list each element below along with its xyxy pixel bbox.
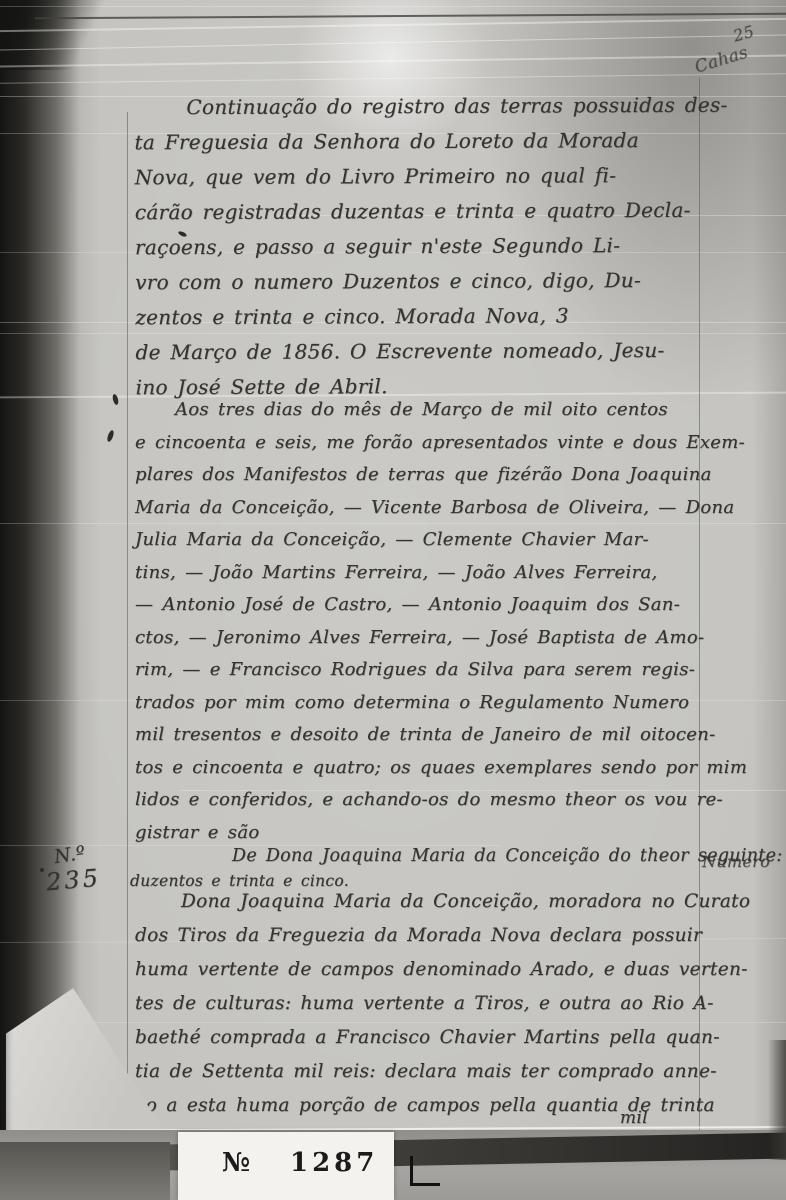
manuscript-line: — Antonio José de Castro, — Antonio Joaq… [135, 594, 747, 627]
entry-heading-continuation: duzentos e trinta e cinco. [130, 872, 349, 890]
manuscript-line: xo a esta huma porção de campos pella qu… [135, 1095, 750, 1129]
manuscript-line: tia de Settenta mil reis: declara mais t… [135, 1061, 750, 1095]
entry-body: Dona Joaquina Maria da Conceição, morado… [135, 891, 750, 1129]
scratch-line [0, 73, 786, 84]
numero-sign: № [222, 1148, 250, 1178]
session-paragraph: Aos tres dias do mês de Março de mil oit… [135, 399, 747, 854]
manuscript-line: huma vertente de campos denominado Arado… [135, 959, 750, 993]
stamp-number: 1287 [290, 1148, 378, 1178]
manuscript-line: de Março de 1856. O Escrevente nomeado, … [135, 338, 728, 376]
manuscript-line: Dona Joaquina Maria da Conceição, morado… [135, 891, 750, 925]
manuscript-line: rim, — e Francisco Rodrigues da Silva pa… [135, 659, 747, 692]
binding-top-shadow [0, 0, 130, 70]
manuscript-line: cárão registradas duzentas e trinta e qu… [135, 198, 728, 236]
bottom-left-shadow [0, 1142, 170, 1200]
entry-heading: De Dona Joaquina Maria da Conceição do t… [232, 846, 783, 866]
page-right-edge-shadow [768, 1040, 786, 1160]
manuscript-line: trados por mim como determina o Regulame… [135, 692, 747, 725]
manuscript-line: Nova, que vem do Livro Primeiro no qual … [135, 163, 728, 201]
manuscript-line: mil tresentos e desoito de trinta de Jan… [135, 724, 747, 757]
scratch-line [0, 6, 786, 7]
corner-annotation: Cahas [692, 42, 750, 77]
manuscript-line: vro com o numero Duzentos e cinco, digo,… [135, 268, 728, 306]
number-stamp-label: № 1287 [178, 1132, 394, 1200]
bottom-catchword: mil [620, 1108, 648, 1128]
manuscript-line: Maria da Conceição, — Vicente Barbosa de… [135, 497, 747, 530]
scanned-manuscript-page: 25 Cahas Continuação do registro das ter… [0, 0, 786, 1200]
manuscript-line: ctos, — Jeronimo Alves Ferreira, — José … [135, 627, 747, 660]
manuscript-line: lidos e conferidos, e achando-os do mesm… [135, 789, 747, 822]
corner-bracket-mark [410, 1156, 440, 1186]
manuscript-line: tes de culturas: huma vertente a Tiros, … [135, 993, 750, 1027]
manuscript-line: baethé comprada a Francisco Chavier Mart… [135, 1027, 750, 1061]
entry-margin-no-label: N.º [53, 842, 87, 868]
manuscript-line: tins, — João Martins Ferreira, — João Al… [135, 562, 747, 595]
manuscript-line: tos e cincoenta e quatro; os quaes exemp… [135, 757, 747, 790]
ink-speck [40, 868, 44, 872]
opening-paragraph: Continuação do registro das terras possu… [134, 93, 729, 411]
ink-speck [106, 430, 115, 443]
manuscript-line: e cincoenta e seis, me forão apresentado… [135, 432, 747, 465]
manuscript-line: Continuação do registro das terras possu… [134, 93, 727, 131]
manuscript-line: dos Tiros da Freguezia da Morada Nova de… [135, 925, 750, 959]
text-block-left-rule [127, 112, 128, 1108]
entry-right-margin-catchword: Numero [702, 852, 770, 871]
top-edge-line [35, 13, 786, 20]
manuscript-line: Aos tres dias do mês de Março de mil oit… [135, 399, 747, 432]
manuscript-line: plares dos Manifestos de terras que fizé… [135, 464, 747, 497]
entry-margin-number: 235 [45, 864, 102, 897]
manuscript-line: raçoens, e passo a seguir n'este Segundo… [135, 233, 728, 271]
manuscript-line: ta Freguesia da Senhora do Loreto da Mor… [134, 128, 727, 166]
manuscript-line: Julia Maria da Conceição, — Clemente Cha… [135, 529, 747, 562]
manuscript-line: zentos e trinta e cinco. Morada Nova, 3 [135, 303, 728, 341]
